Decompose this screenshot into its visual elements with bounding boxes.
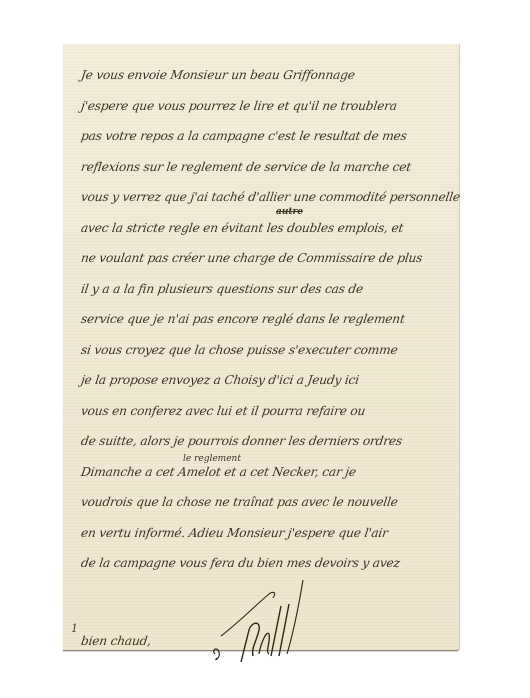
letter-line: Je vous envoie Monsieur un beau Griffonn…: [79, 60, 457, 91]
letter-line: vous en conferez avec lui et il pourra r…: [79, 396, 457, 427]
letter-line: de suitte, alors je pourrois donner les …: [79, 426, 457, 457]
letter-line: si vous croyez que la chose puisse s'exe…: [79, 335, 457, 366]
letter-line: ne voulant pas créer une charge de Commi…: [79, 243, 457, 274]
letter-line: service que je n'ai pas encore reglé dan…: [79, 304, 457, 335]
letter-line: il y a a la fin plusieurs questions sur …: [79, 274, 457, 305]
folio-mark: 1: [71, 622, 78, 635]
letter-line: vous y verrez que j'ai taché d'allier un…: [79, 182, 457, 213]
letter-body: Je vous envoie Monsieur un beau Griffonn…: [81, 60, 455, 579]
letter-line: en vertu informé. Adieu Monsieur j'esper…: [79, 518, 457, 549]
letter-line: j'espere que vous pourrez le lire et qu'…: [79, 91, 457, 122]
letter-closing: bien chaud,: [79, 626, 153, 657]
interlinear-insertion: autre: [276, 207, 303, 217]
letter-line: Dimanche a cet Amelot et a cet Necker, c…: [79, 457, 457, 488]
interlinear-insertion: le reglement: [183, 454, 241, 464]
letter-line: pas votre repos a la campagne c'est le r…: [79, 121, 457, 152]
letter-line: reflexions sur le reglement de service d…: [79, 152, 457, 183]
letter-line: je la propose envoyez a Choisy d'ici a J…: [79, 365, 457, 396]
letter-sheet: Je vous envoie Monsieur un beau Griffonn…: [63, 44, 460, 651]
signature-louis: [207, 574, 317, 669]
letter-line: voudrois que la chose ne traînat pas ave…: [79, 487, 457, 518]
letter-line: avec la stricte regle en évitant les dou…: [79, 213, 457, 244]
